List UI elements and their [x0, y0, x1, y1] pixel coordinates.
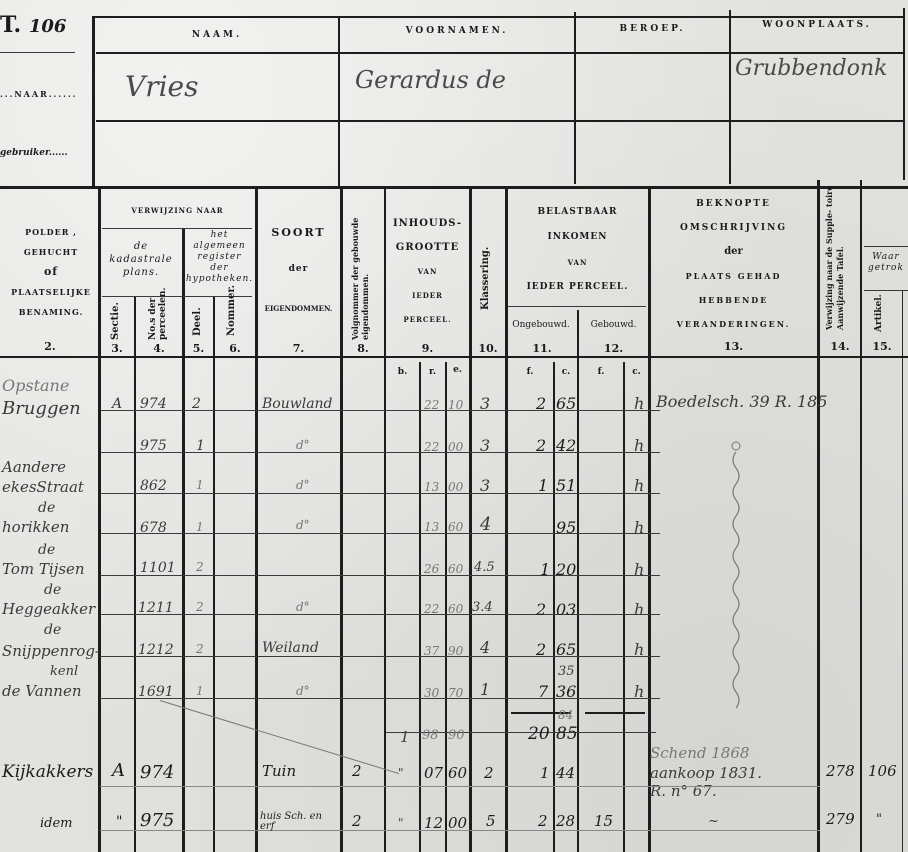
col14-label: Verwijzing naar de Supple- toire Aanwijz…: [824, 180, 846, 330]
row9-f: 1: [540, 764, 550, 782]
col10-number: 10.: [471, 342, 505, 355]
hypotheken-line-3: register: [184, 252, 255, 263]
row10-perceel: 975: [140, 810, 174, 831]
col-rule-11f-11c: [553, 362, 555, 852]
hypotheken-header: het algemeen register der hypotheken.: [184, 230, 255, 285]
col6-number: 6.: [215, 342, 255, 355]
row3-klasse: 3: [480, 476, 490, 495]
waar-divider-top: [864, 246, 908, 247]
subtotal-e: 90: [448, 728, 465, 743]
row1-perceel: 974: [140, 396, 167, 412]
col13-line-1: BEKNOPTE: [650, 192, 817, 216]
col-rule-4-5: [182, 228, 185, 852]
row9-b: ": [398, 766, 404, 780]
col4-label: No.s der perceelen.: [148, 280, 168, 340]
owner-frame-right: [903, 8, 905, 180]
row10-sectie: ": [116, 814, 122, 830]
owner-frame-left: [92, 16, 95, 188]
row5-place: Tom Tijsen: [2, 560, 85, 578]
row7-e: 90: [448, 644, 463, 658]
row5-klasse: 4.5: [474, 560, 495, 575]
row3-mark: h: [634, 476, 644, 495]
row5-deel: 2: [196, 560, 204, 574]
article-label: T. 106: [0, 12, 66, 38]
col11-number: 11.: [507, 342, 577, 355]
row1-c: 65: [556, 394, 576, 413]
col-rule-11-12: [577, 310, 579, 852]
row4-mark: h: [634, 518, 644, 537]
col2-line-1: POLDER ,: [8, 222, 94, 242]
row1-f: 2: [536, 394, 546, 413]
row6-klasse: 3.4: [472, 600, 493, 615]
row7-perceel: 1212: [138, 642, 174, 658]
col7-eigendommen: EIGENDOMMEN.: [257, 304, 340, 313]
hypotheken-line-2: algemeen: [184, 241, 255, 252]
row4-c: 95: [556, 518, 576, 537]
row4-e: 60: [448, 520, 463, 534]
row10-volg: 2: [352, 812, 362, 830]
row6-f: 2: [536, 600, 546, 619]
subtotal-line-12: [585, 712, 645, 714]
row3-c: 51: [556, 476, 576, 495]
col-rule-14-15: [860, 180, 862, 852]
col-rule-3-4: [134, 296, 136, 852]
col5-number: 5.: [184, 342, 213, 355]
hypotheken-line-5: hypotheken.: [184, 274, 255, 285]
col3-label: Sectie.: [110, 302, 121, 340]
row6-r: 22: [424, 602, 439, 616]
col4-number: 4.: [136, 342, 182, 355]
row10-c: 28: [556, 812, 575, 830]
row3-deel: 1: [196, 478, 204, 492]
col10-label: Klassering.: [480, 247, 491, 310]
remark-line-2: aankoop 1831.: [650, 764, 762, 782]
owner-col-sep-3: [729, 10, 731, 184]
col14-number: 14.: [820, 340, 860, 353]
col15-label: Artikel.: [874, 294, 884, 332]
row10-b: ": [398, 816, 404, 830]
col8-number: 8.: [342, 342, 384, 355]
row10-f: 2: [538, 812, 548, 830]
row8-deel: 1: [196, 684, 204, 698]
col9-line-2: GROOTTE: [386, 236, 469, 260]
row6-perceel: 1211: [138, 600, 174, 616]
owner-naam-value: Vries: [125, 70, 199, 103]
row6-e: 60: [448, 602, 463, 616]
row6-c: 03: [556, 600, 576, 619]
col7-der: der: [257, 264, 340, 274]
col9-line-5: PERCEEL.: [386, 308, 469, 332]
row9-tafel: 278: [826, 762, 855, 780]
col-rule-5-6: [213, 296, 215, 852]
row3-soort: d°: [296, 478, 310, 492]
row8-e: 70: [448, 686, 463, 700]
kadastrale-line-3: plans.: [100, 266, 182, 279]
row4-place: horikken: [2, 518, 69, 536]
row3-e: 00: [448, 480, 463, 494]
row8-place: de Vannen: [2, 682, 82, 700]
subtotal-c-above: 84: [558, 708, 573, 722]
col9-line-3: VAN: [386, 260, 469, 284]
row8-place-above: kenl: [50, 664, 78, 679]
remark-line-3: R. n° 67.: [650, 782, 717, 800]
row5-c: 20: [556, 560, 576, 579]
row5-perceel: 1101: [140, 560, 176, 576]
col9-header: INHOUDS- GROOTTE VAN IEDER PERCEEL.: [386, 212, 469, 332]
belastbaar-line-4: IEDER PERCEEL.: [507, 275, 648, 300]
col13-line-4: PLAATS GEHAD: [650, 264, 817, 288]
row5-r: 26: [424, 562, 439, 576]
row8-perceel: 1691: [138, 684, 174, 700]
remark-line-1: Schend 1868: [650, 744, 749, 762]
owner-frame-top: [92, 16, 904, 18]
row6-mark: h: [634, 600, 644, 619]
row6-place-above: de: [44, 582, 61, 598]
row1-place: Bruggen: [2, 398, 81, 419]
row9-klasse: 2: [484, 764, 494, 782]
col7-number: 7.: [257, 342, 340, 355]
header-naam: NAAM.: [96, 30, 338, 40]
row9-soort: Tuin: [262, 762, 296, 780]
row7-f: 2: [536, 640, 546, 659]
col2-header: POLDER , GEHUCHT of PLAATSELIJKE BENAMIN…: [8, 222, 94, 322]
row9-volg: 2: [352, 762, 362, 780]
kadastrale-line-2: kadastrale: [100, 253, 182, 266]
row2-c: 42: [556, 436, 576, 455]
user-row-label: gebruiker......: [0, 148, 68, 158]
row7-place-above: de: [44, 622, 61, 638]
row7-deel: 2: [196, 642, 204, 656]
row1-r: 22: [424, 398, 439, 412]
col8-label: Volgnommer der gebouwde eigendommen.: [350, 200, 370, 340]
belastbaar-header: BELASTBAAR INKOMEN VAN IEDER PERCEEL.: [507, 200, 648, 300]
row1-remark: Boedelsch. 39 R. 185: [656, 392, 828, 411]
row7-soort: Weiland: [262, 640, 319, 656]
row6-place: Heggeakker: [2, 600, 95, 618]
ledger-page: T. 106 ...NAAR...... gebruiker...... NAA…: [0, 0, 908, 852]
col12-sub-f: f.: [579, 367, 623, 377]
col-rule-15-16: [902, 290, 903, 852]
belastbaar-line-2: INKOMEN: [507, 225, 648, 250]
row4-perceel: 678: [140, 520, 167, 536]
row2-f: 2: [536, 436, 546, 455]
owner-mid-line: [96, 120, 904, 122]
col-rule-2-3: [98, 188, 101, 852]
row8-soort: d°: [296, 684, 310, 698]
col12-sub-c: c.: [625, 367, 648, 377]
row4-place-above: de: [38, 500, 55, 516]
owner-bottom-line: [0, 186, 908, 189]
row6-deel: 2: [196, 600, 204, 614]
row9-place: Kijkakkers: [2, 762, 93, 782]
article-number: 106: [29, 16, 67, 37]
subtotal-f: 20: [528, 724, 550, 744]
owner-row-label: ...NAAR......: [0, 89, 77, 99]
row10-e: 00: [448, 814, 467, 832]
col13-line-2: OMSCHRIJVING: [650, 216, 817, 240]
row1-deel: 2: [192, 396, 201, 412]
row4-r: 13: [424, 520, 439, 534]
row5-e: 60: [448, 562, 463, 576]
row10-soort: huis Sch. en erf: [260, 812, 332, 832]
col3-number: 3.: [100, 342, 134, 355]
belastbaar-line-1: BELASTBAAR: [507, 200, 648, 225]
col-rule-9b-9r: [419, 362, 421, 852]
article-underline: [0, 52, 75, 53]
row10-geb-f: 15: [594, 812, 613, 830]
row9-perceel: 974: [140, 762, 174, 783]
row7-klasse: 4: [480, 638, 490, 657]
row3-f: 1: [538, 476, 548, 495]
col2-number: 2.: [20, 340, 80, 353]
row2-r: 22: [424, 440, 439, 454]
row8-f: 7: [538, 682, 548, 701]
owner-voornamen-value: Gerardus de: [355, 66, 506, 94]
belastbaar-line-3: VAN: [507, 250, 648, 275]
col-rule-12f-12c: [623, 362, 625, 852]
col-rule-6-7: [255, 188, 258, 852]
row1-mark: h: [634, 394, 644, 413]
row5-mark: h: [634, 560, 644, 579]
owner-header-line: [96, 52, 904, 54]
row2-mark: h: [634, 436, 644, 455]
col9-sub-e: e.: [446, 365, 469, 375]
col-rule-9-10: [469, 188, 472, 852]
col11-label: Ongebouwd.: [505, 320, 577, 330]
verwijzing-divider: [102, 228, 252, 229]
col-rule-9r-9e: [445, 362, 447, 852]
col9-line-4: IEDER: [386, 284, 469, 308]
owner-col-sep-2: [574, 12, 576, 184]
col-rule-13-14: [817, 180, 820, 852]
row3-place: ekesStraat: [2, 478, 84, 496]
col6-label: Nommer.: [226, 285, 237, 336]
row2-perceel: 975: [140, 438, 167, 454]
row8-c: 36: [556, 682, 576, 701]
row10-artikel: ": [876, 812, 882, 827]
col5-label: Deel.: [192, 307, 203, 336]
row8-klasse: 1: [480, 680, 490, 699]
col9-number: 9.: [386, 342, 469, 355]
row1-sectie: A: [112, 396, 122, 412]
article-letter: T.: [0, 12, 21, 38]
ditto-wave-icon: [726, 440, 746, 710]
col9-sub-r: r.: [420, 367, 445, 377]
row4-soort: d°: [296, 518, 310, 532]
row5-place-above: de: [38, 542, 55, 558]
hypotheken-line-4: der: [184, 263, 255, 274]
row4-klasse: 4: [480, 514, 491, 535]
row4-deel: 1: [196, 520, 204, 534]
col15-group-label: Waar getrok: [866, 252, 906, 274]
row9-artikel: 106: [868, 762, 897, 780]
waar-divider-bottom: [864, 290, 908, 291]
col2-line-5: BENAMING.: [8, 302, 94, 322]
row3-r: 13: [424, 480, 439, 494]
owner-woonplaats-value: Grubbendonk: [735, 56, 887, 81]
row9-c: 44: [556, 764, 575, 782]
subtotal-b: 1: [400, 728, 410, 746]
row3-place-above: Aandere: [2, 458, 66, 476]
header-bottom-line: [0, 356, 908, 358]
row1-e: 10: [448, 398, 463, 412]
row9-r: 07: [424, 764, 443, 782]
row6-soort: d°: [296, 600, 310, 614]
row8-r: 30: [424, 686, 439, 700]
row-9-guide: [100, 786, 820, 787]
col2-line-3: of: [8, 262, 94, 282]
col15-number: 15.: [862, 340, 902, 353]
col13-line-3: der: [650, 240, 817, 264]
row9-sectie: A: [112, 760, 125, 781]
col7-title: SOORT: [257, 226, 340, 239]
row10-klasse: 5: [486, 812, 496, 830]
row3-perceel: 862: [140, 478, 167, 494]
col12-number: 12.: [579, 342, 648, 355]
col11-sub-f: f.: [507, 367, 553, 377]
row8-mark: h: [634, 682, 644, 701]
row8-c-above: 35: [558, 664, 575, 679]
row5-f: 1: [540, 560, 550, 579]
row2-deel: 1: [196, 438, 205, 454]
col-rule-7-8: [340, 188, 343, 852]
col2-line-4: PLAATSELIJKE: [8, 282, 94, 302]
row10-r: 12: [424, 814, 443, 832]
row7-r: 37: [424, 644, 439, 658]
col2-line-2: GEHUCHT: [8, 242, 94, 262]
hypotheken-line-1: het: [184, 230, 255, 241]
col13-number: 13.: [650, 340, 817, 353]
col12-label: Gebouwd.: [579, 320, 648, 330]
col9-sub-b: b.: [386, 367, 419, 377]
subtotal-c: 85: [556, 724, 578, 744]
verwijzing-header: VERWIJZING NAAR: [100, 206, 255, 215]
col11-sub-c: c.: [555, 367, 577, 377]
belastbaar-divider: [508, 306, 646, 307]
row9-e: 60: [448, 764, 467, 782]
row10-remark-ditto: ~: [708, 814, 719, 829]
col13-header: BEKNOPTE OMSCHRIJVING der PLAATS GEHAD H…: [650, 192, 817, 336]
header-beroep: BEROEP.: [576, 24, 729, 34]
row1-klasse: 3: [480, 394, 490, 413]
subtotal-r: 98: [422, 728, 439, 743]
header-woonplaats: WOONPLAATS.: [731, 20, 903, 30]
row2-e: 00: [448, 440, 463, 454]
kadastrale-line-1: de: [100, 240, 182, 253]
header-voornamen: VOORNAMEN.: [340, 26, 574, 36]
col13-line-5: HEBBENDE: [650, 288, 817, 312]
row10-place: idem: [40, 816, 73, 831]
col9-line-1: INHOUDS-: [386, 212, 469, 236]
row2-soort: d°: [296, 438, 310, 452]
row1-soort: Bouwland: [262, 396, 333, 412]
col13-line-6: VERANDERINGEN.: [650, 312, 817, 336]
row10-tafel: 279: [826, 810, 855, 828]
kadastrale-header: de kadastrale plans.: [100, 240, 182, 279]
row1-place-above: Opstane: [2, 376, 69, 395]
row7-place: Snijppenrog-: [2, 642, 100, 660]
row7-c: 65: [556, 640, 576, 659]
owner-col-sep-1: [338, 16, 340, 186]
row7-mark: h: [634, 640, 644, 659]
row2-klasse: 3: [480, 436, 490, 455]
